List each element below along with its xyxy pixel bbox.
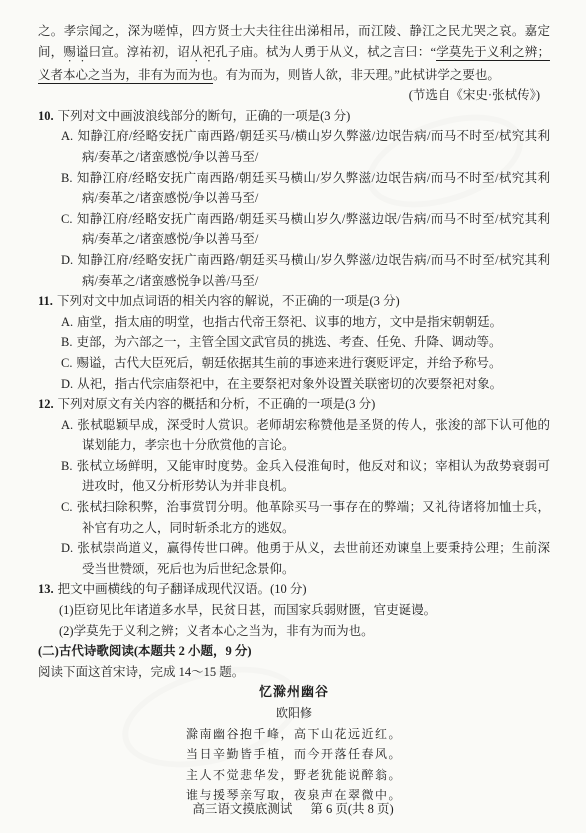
option-text: 知静江府/经略安抚广南西路/朝廷买马横山/岁久弊滋/边氓告病/而马不时至/栻究其… bbox=[76, 171, 550, 206]
option-text: 知静江府/经略安抚广南西路/朝廷买马/横山岁久弊滋/边氓告病/而马不时至/栻究其… bbox=[77, 129, 550, 164]
footer-page-info: 第 6 页(共 8 页) bbox=[310, 802, 393, 816]
passage-segment: 。有为而为，则皆人欲，非天理。”此栻讲学之要也。 bbox=[213, 68, 500, 82]
answer-option: A.张栻聪颖早成，深受时人赏识。老师胡宏称赞他是圣贤的传人，张浚的部下认可他的谋… bbox=[61, 415, 550, 456]
option-label: A. bbox=[61, 129, 73, 143]
question-stem: 把文中画横线的句子翻译成现代汉语。(10 分) bbox=[58, 582, 307, 596]
option-label: D. bbox=[61, 253, 73, 267]
questions: 10.下列对文中画波浪线部分的断句，正确的一项是(3 分) A.知静江府/经略安… bbox=[38, 106, 550, 641]
passage-segment: 孔子庙。栻为人勇于从义，栻之言曰：“ bbox=[215, 45, 436, 59]
question-stem: 下列对文中画波浪线部分的断句，正确的一项是(3 分) bbox=[58, 109, 351, 123]
answer-option: B.知静江府/经略安抚广南西路/朝廷买马横山/岁久弊滋/边氓告病/而马不时至/栻… bbox=[61, 168, 550, 209]
option-label: B. bbox=[61, 171, 72, 185]
poem-block: 忆滁州幽谷 欧阳修 滁南幽谷抱千峰，高下山花远近红。当日辛勤皆手植，而今开落任春… bbox=[38, 682, 550, 806]
passage-source: (节选自《宋史·张栻传》) bbox=[38, 85, 550, 106]
question: 13.把文中画横线的句子翻译成现代汉语。(10 分) (1)臣窃见比年诸道多水旱… bbox=[38, 579, 550, 641]
passage-segment-dot: 赐谥 bbox=[63, 45, 88, 59]
question-stem-row: 12.下列对原文有关内容的概括和分析，不正确的一项是(3 分) bbox=[38, 394, 550, 415]
poem-author: 欧阳修 bbox=[38, 703, 550, 724]
option-text: 张栻聪颖早成，深受时人赏识。老师胡宏称赞他是圣贤的传人，张浚的部下认可他的谋划能… bbox=[77, 418, 550, 453]
answer-option: D.知静江府/经略安抚广南西路/朝廷买马横山/岁久弊滋/边氓告病/而马不时至/栻… bbox=[61, 250, 550, 291]
page-footer: 高三语文摸底测试第 6 页(共 8 页) bbox=[0, 799, 586, 820]
footer-exam-name: 高三语文摸底测试 bbox=[192, 802, 292, 816]
poem-title: 忆滁州幽谷 bbox=[38, 682, 550, 703]
question-stem-row: 11.下列对文中加点词语的相关内容的解说，不正确的一项是(3 分) bbox=[38, 291, 550, 312]
question: 10.下列对文中画波浪线部分的断句，正确的一项是(3 分) A.知静江府/经略安… bbox=[38, 106, 550, 291]
option-label: C. bbox=[61, 500, 72, 514]
option-text: 赐谥，古代大臣死后，朝廷依据其生前的事迹来进行褒贬评定，并给予称号。 bbox=[76, 356, 501, 370]
question-number: 10. bbox=[38, 109, 54, 123]
section-header: (二)古代诗歌阅读(本题共 2 小题，9 分) bbox=[38, 641, 550, 662]
poem-lines: 滁南幽谷抱千峰，高下山花远近红。当日辛勤皆手植，而今开落任春风。主人不觉悲华发，… bbox=[186, 724, 402, 806]
passage-segment-dot: 从祀 bbox=[190, 45, 215, 59]
answer-option: B.张栻立场鲜明，又能审时度势。金兵入侵淮甸时，他反对和议；宰相认为敌势衰弱可进… bbox=[61, 456, 550, 497]
option-text: 吏部，为六部之一，主管全国文武官员的挑选、考查、任免、升降、调动等。 bbox=[76, 335, 501, 349]
option-label: A. bbox=[61, 418, 73, 432]
question: 11.下列对文中加点词语的相关内容的解说，不正确的一项是(3 分) A.庙堂，指… bbox=[38, 291, 550, 394]
option-text: 张栻崇尚道义，赢得传世口碑。他勇于从义，去世前还劝谏皇上要秉持公理；生前深受当世… bbox=[77, 541, 550, 576]
answer-option: D.张栻崇尚道义，赢得传世口碑。他勇于从义，去世前还劝谏皇上要秉持公理；生前深受… bbox=[61, 538, 550, 579]
option-label: A. bbox=[61, 315, 73, 329]
option-text: 从祀，指古代宗庙祭祀中，在主要祭祀对象外设置关联密切的次要祭祀对象。 bbox=[77, 377, 502, 391]
question-options: A.张栻聪颖早成，深受时人赏识。老师胡宏称赞他是圣贤的传人，张浚的部下认可他的谋… bbox=[38, 415, 550, 580]
poem-line: 滁南幽谷抱千峰，高下山花远近红。 bbox=[186, 724, 402, 745]
question-number: 11. bbox=[38, 294, 53, 308]
question: 12.下列对原文有关内容的概括和分析，不正确的一项是(3 分) A.张栻聪颖早成… bbox=[38, 394, 550, 579]
translation-subitem: (1)臣窃见比年诸道多水旱，民贫日甚，而国家兵弱财匮，官吏诞谩。 bbox=[59, 600, 550, 621]
option-text: 知静江府/经略安抚广南西路/朝廷买马横山岁久/弊滋边氓/告病/而马不时至/栻究其… bbox=[76, 212, 550, 247]
exam-page: 之。孝宗闻之，深为嗟悼，四方贤士大夫往往出涕相吊，而江陵、静江之民尤哭之哀。嘉定… bbox=[0, 0, 586, 833]
poem-line: 当日辛勤皆手植，而今开落任春风。 bbox=[186, 744, 402, 765]
option-text: 知静江府/经略安抚广南西路/朝廷买马横山/岁久弊滋/边氓告病/而马不时至/栻究其… bbox=[77, 253, 550, 288]
question-options: A.知静江府/经略安抚广南西路/朝廷买马/横山岁久弊滋/边氓告病/而马不时至/栻… bbox=[38, 126, 550, 291]
option-label: B. bbox=[61, 335, 72, 349]
passage-segment: 曰宣。淳祐初，诏 bbox=[89, 45, 190, 59]
answer-option: A.庙堂，指太庙的明堂，也指古代帝王祭祀、议事的地方，文中是指宋朝朝廷。 bbox=[61, 312, 550, 333]
question-number: 13. bbox=[38, 582, 54, 596]
option-label: D. bbox=[61, 541, 73, 555]
question-stem-row: 13.把文中画横线的句子翻译成现代汉语。(10 分) bbox=[38, 579, 550, 600]
question-options: A.庙堂，指太庙的明堂，也指古代帝王祭祀、议事的地方，文中是指宋朝朝廷。 B.吏… bbox=[38, 312, 550, 394]
option-text: 张栻立场鲜明，又能审时度势。金兵入侵淮甸时，他反对和议；宰相认为敌势衰弱可进攻时… bbox=[76, 459, 550, 494]
poem-line: 主人不觉悲华发，野老犹能说醉翁。 bbox=[186, 765, 402, 786]
answer-option: C.知静江府/经略安抚广南西路/朝廷买马横山岁久/弊滋边氓/告病/而马不时至/栻… bbox=[61, 209, 550, 250]
question-stem: 下列对文中加点词语的相关内容的解说，不正确的一项是(3 分) bbox=[57, 294, 400, 308]
classical-passage: 之。孝宗闻之，深为嗟悼，四方贤士大夫往往出涕相吊，而江陵、静江之民尤哭之哀。嘉定… bbox=[38, 21, 550, 85]
question-stem-row: 10.下列对文中画波浪线部分的断句，正确的一项是(3 分) bbox=[38, 106, 550, 127]
answer-option: C.张栻扫除积弊，治事赏罚分明。他革除买马一事存在的弊端；又礼待诸将加恤士兵，补… bbox=[61, 497, 550, 538]
option-label: C. bbox=[61, 356, 72, 370]
answer-option: C.赐谥，古代大臣死后，朝廷依据其生前的事迹来进行褒贬评定，并给予称号。 bbox=[61, 353, 550, 374]
option-text: 庙堂，指太庙的明堂，也指古代帝王祭祀、议事的地方，文中是指宋朝朝廷。 bbox=[77, 315, 502, 329]
question-number: 12. bbox=[38, 397, 54, 411]
answer-option: B.吏部，为六部之一，主管全国文武官员的挑选、考查、任免、升降、调动等。 bbox=[61, 332, 550, 353]
option-label: B. bbox=[61, 459, 72, 473]
option-label: C. bbox=[61, 212, 72, 226]
section-instruction: 阅读下面这首宋诗，完成 14～15 题。 bbox=[38, 662, 550, 683]
question-options: (1)臣窃见比年诸道多水旱，民贫日甚，而国家兵弱财匮，官吏诞谩。 (2)学莫先于… bbox=[38, 600, 550, 641]
question-stem: 下列对原文有关内容的概括和分析，不正确的一项是(3 分) bbox=[58, 397, 376, 411]
option-label: D. bbox=[61, 377, 73, 391]
answer-option: D.从祀，指古代宗庙祭祀中，在主要祭祀对象外设置关联密切的次要祭祀对象。 bbox=[61, 374, 550, 395]
translation-subitem: (2)学莫先于义利之辨；义者本心之当为，非有为而为也。 bbox=[59, 621, 550, 642]
option-text: 张栻扫除积弊，治事赏罚分明。他革除买马一事存在的弊端；又礼待诸将加恤士兵，补官有… bbox=[76, 500, 550, 535]
answer-option: A.知静江府/经略安抚广南西路/朝廷买马/横山岁久弊滋/边氓告病/而马不时至/栻… bbox=[61, 126, 550, 167]
